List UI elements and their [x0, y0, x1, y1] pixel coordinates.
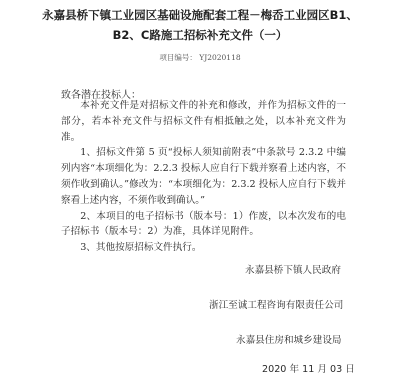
signature-consulting-company: 浙江至诚工程咨询有限责任公司: [209, 297, 343, 311]
signature-town-government: 永嘉县桥下镇人民政府: [245, 262, 341, 276]
body-text: 本补充文件是对招标文件的补充和修改，并作为招标文件的一部分，若本补充文件与招标文…: [61, 98, 346, 256]
signature-housing-bureau: 永嘉县住房和城乡建设局: [236, 332, 342, 346]
project-number: 项目编号： YJ2020118: [0, 52, 400, 63]
document-title-line1: 永嘉县桥下镇工业园区基础设施配套工程－梅岙工业园区B1、: [0, 7, 400, 23]
paragraph-item-2: 2、本项目的电子招标书（版本号：1）作废，以本次发布的电子招标书（版本号：2）为…: [61, 209, 346, 241]
document-title-line2: B2、C路施工招标补充文件（一）: [0, 27, 400, 43]
document-date: 2020 年 11 月 03 日: [262, 361, 355, 375]
paragraph-item-3: 3、其他按原招标文件执行。: [61, 240, 346, 256]
paragraph-item-1: 1、招标文件第 5 页“投标人须知前附表”中条款号 2.3.2 中编列内容“本项…: [61, 145, 346, 208]
paragraph-intro: 本补充文件是对招标文件的补充和修改，并作为招标文件的一部分，若本补充文件与招标文…: [61, 98, 346, 145]
